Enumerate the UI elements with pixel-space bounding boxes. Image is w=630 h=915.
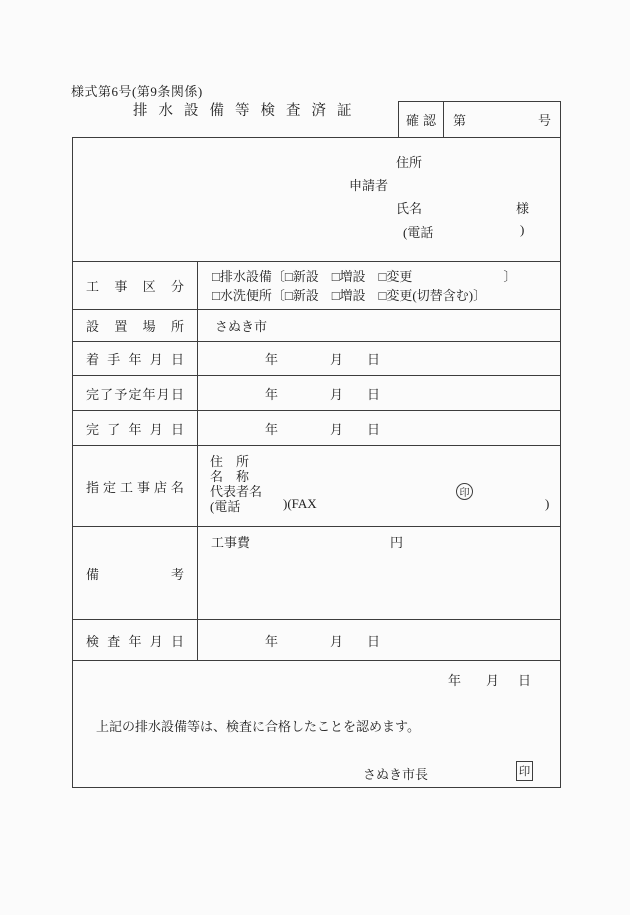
year-label: 年 [265, 349, 278, 368]
day-label: 日 [367, 384, 380, 403]
day-label: 日 [367, 419, 380, 438]
confirmation-number-box: 確認 第 号 [398, 101, 561, 137]
month-label: 月 [330, 631, 343, 650]
applicant-role-label: 申請者 [349, 175, 388, 194]
completion-label: 完了年月日 [73, 419, 197, 438]
month-label: 月 [486, 670, 499, 689]
document-page: 様式第6号(第9条関係) 排水設備等検査済証 確認 第 号 住所 申請者 氏名 … [0, 0, 630, 915]
contractor-phone-open-label: (電話 [210, 496, 240, 515]
certification-section: 年 月 日 上記の排水設備等は、検査に合格したことを認めます。 さぬき市長 印 [73, 660, 560, 787]
remarks-value-cell: 工事費 円 [198, 527, 560, 619]
applicant-phone-close-label: ) [520, 222, 524, 238]
contractor-phone-fax-label: )(FAX [283, 496, 317, 512]
certification-statement: 上記の排水設備等は、検査に合格したことを認めます。 [96, 716, 420, 735]
row-construction-type: 工事区分 □排水設備〔□新設 □増設 □変更 〕 □水洗便所〔□新設 □増設 □… [73, 261, 560, 309]
location-label-cell: 設置場所 [73, 310, 198, 341]
row-remarks: 備考 工事費 円 [73, 526, 560, 619]
row-completion-date: 完了年月日 年 月 日 [73, 410, 560, 445]
form-table: 住所 申請者 氏名 様 (電話 ) 工事区分 □排水設備〔□新設 □増設 □変更… [72, 137, 561, 788]
seal-circle-icon: 印 [456, 483, 473, 500]
row-location: 設置場所 さぬき市 [73, 309, 560, 341]
day-label: 日 [367, 349, 380, 368]
row-inspection-date: 検査年月日 年 月 日 [73, 619, 560, 660]
cost-unit-label: 円 [390, 532, 403, 551]
seal-square-icon: 印 [516, 761, 533, 781]
mayor-signature-label: さぬき市長 [363, 764, 428, 783]
location-label: 設置場所 [73, 316, 197, 335]
construction-type-label: 工事区分 [73, 276, 197, 295]
completion-value-cell: 年 月 日 [198, 411, 560, 445]
applicant-section: 住所 申請者 氏名 様 (電話 ) [73, 138, 560, 261]
remarks-label: 備考 [73, 564, 197, 583]
applicant-name-label: 氏名 [396, 198, 422, 217]
confirmation-number-field: 第 号 [444, 102, 560, 137]
completion-label-cell: 完了年月日 [73, 411, 198, 445]
location-value: さぬき市 [215, 316, 267, 335]
row-planned-completion-date: 完了予定年月日 年 月 日 [73, 375, 560, 410]
construction-type-value-cell: □排水設備〔□新設 □増設 □変更 〕 □水洗便所〔□新設 □増設 □変更(切替… [198, 262, 560, 309]
row-contractor: 指定工事店名 住 所 名 称 代表者名 印 (電話 )(FAX ) [73, 445, 560, 526]
planned-completion-value-cell: 年 月 日 [198, 376, 560, 410]
start-date-label: 着手年月日 [73, 349, 197, 368]
year-label: 年 [265, 419, 278, 438]
start-date-value-cell: 年 月 日 [198, 342, 560, 375]
planned-completion-label: 完了予定年月日 [73, 384, 197, 403]
construction-type-toilet-checkbox-line: □水洗便所〔□新設 □増設 □変更(切替含む)〕 [212, 286, 560, 305]
location-value-cell: さぬき市 [198, 310, 560, 341]
contractor-label: 指定工事店名 [73, 477, 197, 496]
contractor-label-cell: 指定工事店名 [73, 446, 198, 526]
year-label: 年 [265, 631, 278, 650]
year-label: 年 [265, 384, 278, 403]
applicant-phone-open-label: (電話 [403, 222, 433, 241]
day-label: 日 [367, 631, 380, 650]
construction-cost-label: 工事費 [211, 532, 250, 551]
start-date-label-cell: 着手年月日 [73, 342, 198, 375]
contractor-fax-close-label: ) [545, 496, 549, 512]
year-label: 年 [448, 670, 461, 689]
inspection-date-value-cell: 年 月 日 [198, 620, 560, 660]
contractor-value-cell: 住 所 名 称 代表者名 印 (電話 )(FAX ) [198, 446, 560, 526]
month-label: 月 [330, 384, 343, 403]
month-label: 月 [330, 419, 343, 438]
confirmation-label: 確認 [399, 102, 444, 137]
number-prefix-label: 第 [453, 110, 466, 129]
construction-type-label-cell: 工事区分 [73, 262, 198, 309]
applicant-address-label: 住所 [396, 152, 422, 171]
form-number-label: 様式第6号(第9条関係) [71, 81, 203, 100]
inspection-date-label: 検査年月日 [73, 631, 197, 650]
month-label: 月 [330, 349, 343, 368]
page-title: 排水設備等検査済証 [133, 99, 363, 120]
inspection-date-label-cell: 検査年月日 [73, 620, 198, 660]
construction-type-drainage-checkbox-line: □排水設備〔□新設 □増設 □変更 〕 [212, 267, 560, 286]
row-start-date: 着手年月日 年 月 日 [73, 341, 560, 375]
remarks-label-cell: 備考 [73, 527, 198, 619]
applicant-honorific-label: 様 [516, 198, 529, 217]
planned-completion-label-cell: 完了予定年月日 [73, 376, 198, 410]
day-label: 日 [518, 670, 531, 689]
number-suffix-label: 号 [538, 110, 551, 129]
